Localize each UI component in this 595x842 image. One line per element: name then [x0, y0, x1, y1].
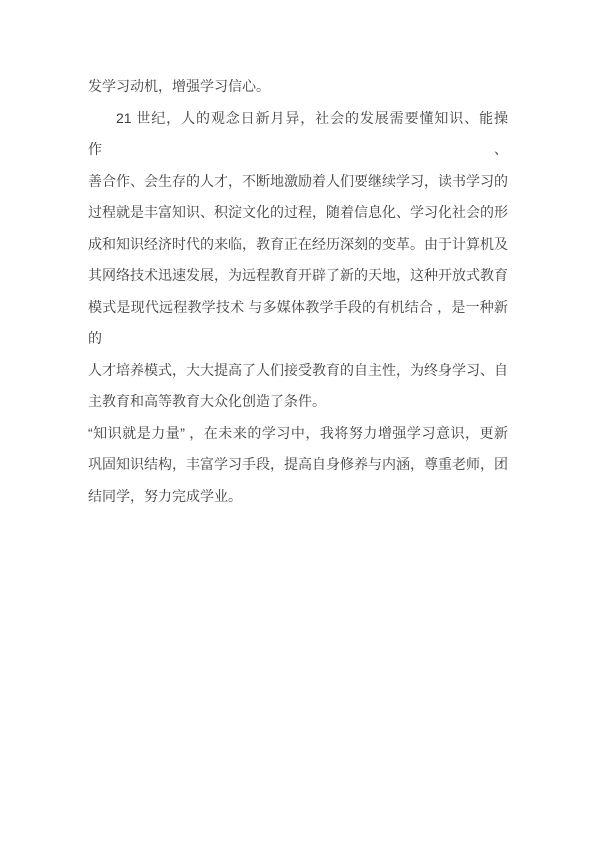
text-line: 模式是现代远程教学技术 与多媒体教学手段的有机结合 ，是一种新的 [88, 292, 508, 355]
text-line: “知识就是力量” ，在未来的学习中，我将努力增强学习意识，更新 [88, 418, 508, 450]
text-line: 21 世纪，人的观念日新月异，社会的发展需要懂知识、能操作、 [88, 103, 508, 166]
text-line: 结同学，努力完成学业。 [88, 481, 508, 513]
paragraph-knowledge-is-power: “知识就是力量” ，在未来的学习中，我将努力增强学习意识，更新巩固知识结构，丰富… [88, 418, 508, 513]
text-line: 过程就是丰富知识、积淀文化的过程，随着信息化、学习化社会的形 [88, 197, 508, 229]
paragraph-21st-century: 21 世纪，人的观念日新月异，社会的发展需要懂知识、能操作、善合作、会生存的人才… [88, 103, 508, 418]
text-line: 发学习动机，增强学习信心。 [88, 71, 508, 103]
text-line: 主教育和高等教育大众化创造了条件。 [88, 386, 508, 418]
document-page: 发学习动机，增强学习信心。21 世纪，人的观念日新月异，社会的发展需要懂知识、能… [0, 0, 595, 842]
text-line: 其网络技术迅速发展，为远程教育开辟了新的天地，这种开放式教育 [88, 260, 508, 292]
text-line: 巩固知识结构，丰富学习手段，提高自身修养与内涵，尊重老师，团 [88, 449, 508, 481]
text-line: 人才培养模式，大大提高了人们接受教育的自主性，为终身学习、自 [88, 355, 508, 387]
paragraph-continuation: 发学习动机，增强学习信心。 [88, 71, 508, 103]
text-line: 善合作、会生存的人才，不断地激励着人们要继续学习，读书学习的 [88, 166, 508, 198]
text-block: 发学习动机，增强学习信心。21 世纪，人的观念日新月异，社会的发展需要懂知识、能… [88, 71, 508, 512]
text-line: 成和知识经济时代的来临，教育正在经历深刻的变革。由于计算机及 [88, 229, 508, 261]
